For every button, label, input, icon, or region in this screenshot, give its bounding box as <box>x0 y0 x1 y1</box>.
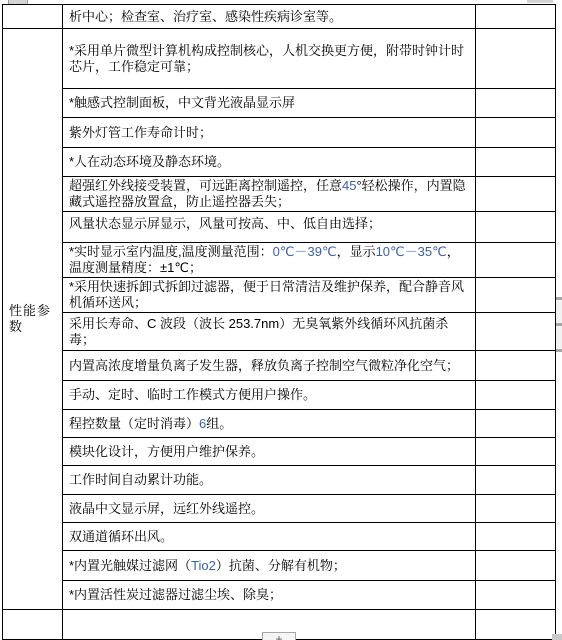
spec-text-cell: 工作时间自动累计功能。 <box>63 466 476 495</box>
table-row: *触感式控制面板，中文背光液晶显示屏 <box>3 89 556 118</box>
spec-text-cell: *采用单片微型计算机构成控制核心，人机交换更方便，附带时钟计时芯片，工作稳定可靠… <box>63 29 476 89</box>
response-cell <box>476 148 556 177</box>
response-cell <box>476 313 556 351</box>
spec-text-cell: *内置光触媒过滤网（Tio2）抗菌、分解有机物； <box>63 551 476 581</box>
spec-text-cell: *人在动态环境及静态环境。 <box>63 148 476 177</box>
table-row: 程控数量（定时消毒）6组。 <box>3 410 556 438</box>
response-cell <box>476 551 556 581</box>
table-row: 液晶中文显示屏，远红外线遥控。 <box>3 495 556 523</box>
spec-text-cell: 双通道循环出风。 <box>63 523 476 551</box>
response-cell <box>476 278 556 313</box>
table-row: *人在动态环境及静态环境。 <box>3 148 556 177</box>
response-cell <box>476 89 556 118</box>
table-row: *内置光触媒过滤网（Tio2）抗菌、分解有机物； <box>3 551 556 581</box>
empty-header-cell <box>3 610 63 640</box>
response-cell <box>476 610 556 640</box>
response-cell <box>476 243 556 278</box>
response-cell <box>476 466 556 495</box>
spec-text-cell: 液晶中文显示屏，远红外线遥控。 <box>63 495 476 523</box>
spec-text-cell: 风量状态显示屏显示，风量可按高、中、低自由选择； <box>63 212 476 243</box>
response-cell <box>476 581 556 610</box>
table-row: 双通道循环出风。 <box>3 523 556 551</box>
table-row: 模块化设计，方便用户维护保养。 <box>3 438 556 466</box>
spec-text-cell: 程控数量（定时消毒）6组。 <box>63 410 476 438</box>
response-cell <box>476 381 556 410</box>
table-row: 析中心；检查室、治疗室、感染性疾病诊室等。 <box>3 5 556 29</box>
response-cell <box>476 29 556 89</box>
spec-text-cell: 内置高浓度增量负离子发生器，释放负离子控制空气微粒净化空气； <box>63 351 476 381</box>
empty-header-cell <box>3 5 63 29</box>
spec-text-cell: *采用快速拆卸式拆卸过滤器，便于日常清洁及维护保养，配合静音风机循环送风； <box>63 278 476 313</box>
table-row: 超强红外线接受装置，可远距离控制遥控，任意45°轻松操作，内置隐藏式遥控器放置盒… <box>3 177 556 212</box>
spec-text-cell: 采用长寿命、C 波段（波长 253.7nm）无臭氧紫外线循环风抗菌杀毒； <box>63 313 476 351</box>
table-row: *实时显示室内温度,温度测量范围：0℃－39℃，显示10℃－35℃，温度测量精度… <box>3 243 556 278</box>
response-cell <box>476 495 556 523</box>
spec-text-cell: 手动、定时、临时工作模式方便用户操作。 <box>63 381 476 410</box>
scrollbar-grip-icon <box>556 323 562 326</box>
response-cell <box>476 438 556 466</box>
table-row: 采用长寿命、C 波段（波长 253.7nm）无臭氧紫外线循环风抗菌杀毒； <box>3 313 556 351</box>
table-row: 紫外灯管工作寿命计时； <box>3 118 556 148</box>
spec-text-cell: *内置活性炭过滤器过滤尘埃、除臭； <box>63 581 476 610</box>
table-row: 手动、定时、临时工作模式方便用户操作。 <box>3 381 556 410</box>
top-right-handle-fragment <box>527 0 553 3</box>
scrollbar-grip-icon <box>556 297 562 300</box>
response-cell <box>476 177 556 212</box>
top-left-handle-fragment <box>8 0 28 4</box>
vertical-scrollbar-fragment[interactable] <box>556 297 562 352</box>
table-row: 风量状态显示屏显示，风量可按高、中、低自由选择； <box>3 212 556 243</box>
spec-text-cell: *实时显示室内温度,温度测量范围：0℃－39℃，显示10℃－35℃，温度测量精度… <box>63 243 476 278</box>
response-cell <box>476 118 556 148</box>
scrollbar-grip-icon <box>556 349 562 352</box>
response-cell <box>476 5 556 29</box>
plus-icon: + <box>275 633 282 640</box>
response-cell <box>476 212 556 243</box>
response-cell <box>476 351 556 381</box>
bottom-right-handle-fragment <box>552 634 562 640</box>
table-row: *采用快速拆卸式拆卸过滤器，便于日常清洁及维护保养，配合静音风机循环送风； <box>3 278 556 313</box>
spec-text-cell: 超强红外线接受装置，可远距离控制遥控，任意45°轻松操作，内置隐藏式遥控器放置盒… <box>63 177 476 212</box>
table-row: *内置活性炭过滤器过滤尘埃、除臭； <box>3 581 556 610</box>
spec-text-cell: *触感式控制面板，中文背光液晶显示屏 <box>63 89 476 118</box>
table-row: 内置高浓度增量负离子发生器，释放负离子控制空气微粒净化空气； <box>3 351 556 381</box>
continuation-text-cell: 析中心；检查室、治疗室、感染性疾病诊室等。 <box>63 5 476 29</box>
plus-button[interactable]: + <box>262 632 296 640</box>
response-cell <box>476 410 556 438</box>
spec-text-cell: 紫外灯管工作寿命计时； <box>63 118 476 148</box>
table-row: 工作时间自动累计功能。 <box>3 466 556 495</box>
row-header-performance-params: 性能参数 <box>3 29 63 610</box>
table-row: 性能参数 *采用单片微型计算机构成控制核心，人机交换更方便，附带时钟计时芯片，工… <box>3 29 556 89</box>
spec-text-cell: 模块化设计，方便用户维护保养。 <box>63 438 476 466</box>
document-page: 析中心；检查室、治疗室、感染性疾病诊室等。 性能参数 *采用单片微型计算机构成控… <box>0 0 562 640</box>
response-cell <box>476 523 556 551</box>
spec-table: 析中心；检查室、治疗室、感染性疾病诊室等。 性能参数 *采用单片微型计算机构成控… <box>2 4 556 640</box>
